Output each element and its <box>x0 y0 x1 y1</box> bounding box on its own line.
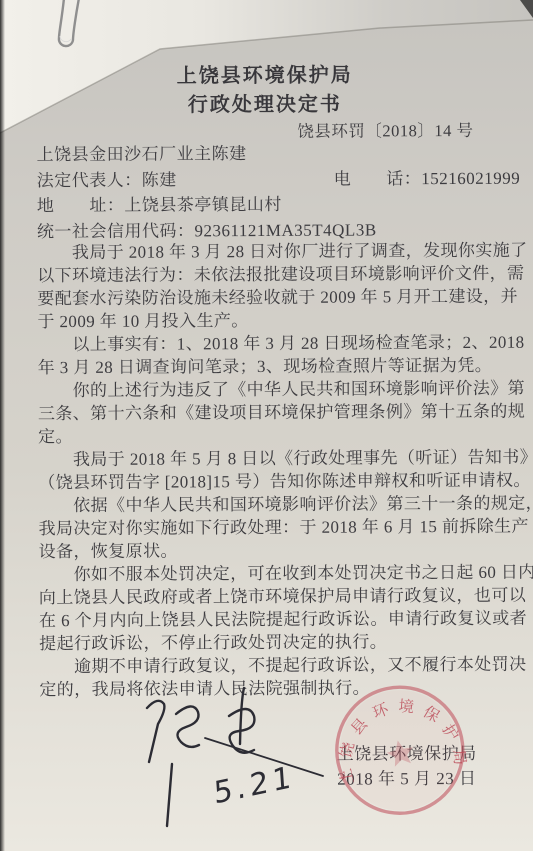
phone-value: 15216021999 <box>421 168 520 188</box>
credit-code-label: 统一社会信用代码： <box>37 221 195 241</box>
body-line: 提起行政诉讼，不停止行政处罚决定的执行。 <box>39 630 512 655</box>
address-line: 地 址：上饶县茶亭镇昆山村 <box>37 191 508 219</box>
body-line: 我局于 2018 年 5 月 8 日以《行政处理事先（听证）告知书》 <box>38 446 511 471</box>
body-line: 向上饶县人民政府或者上饶市环境保护局申请行政复议，也可以 <box>39 584 512 609</box>
body-line: 定。 <box>38 423 511 448</box>
document-body: 我局于 2018 年 3 月 28 日对你厂进行了调查，发现你实施了以下环境违法… <box>37 239 512 701</box>
body-line: 我局于 2018 年 3 月 28 日对你厂进行了调查，发现你实施了 <box>37 239 510 264</box>
body-line: 要配套水污染防治设施未经验收就于 2009 年 5 月开工建设，并 <box>37 285 510 310</box>
body-line: 年 3 月 28 日调查询问笔录；3、现场检查照片等证据为凭。 <box>38 354 511 379</box>
body-line: 以上事实有：1、2018 年 3 月 28 日现场检查笔录；2、2018 <box>38 331 511 356</box>
body-line: 你的上述行为违反了《中华人民共和国环境影响评价法》第 <box>38 377 511 402</box>
legal-rep-label: 法定代表人： <box>37 170 142 190</box>
title-line-1: 上饶县环境保护局 <box>0 61 531 93</box>
body-line: 在 6 个月内向上饶县人民法院提起行政诉讼。申请行政复议或者 <box>39 607 512 632</box>
address-value: 上饶县茶亭镇昆山村 <box>124 195 282 215</box>
body-line: 我局决定对你实施如下行政处理：于 2018 年 6 月 15 前拆除生产 <box>38 515 511 540</box>
recipient-line: 上饶县金田沙石厂业主陈建 <box>37 140 508 168</box>
body-line: 于 2009 年 10 月投入生产。 <box>37 308 510 333</box>
credit-code-value: 92361121MA35T4QL3B <box>194 220 376 240</box>
body-line: 你如不服本处罚决定，可在收到本处罚决定书之日起 60 日内 <box>39 561 512 586</box>
document-title: 上饶县环境保护局 行政处理决定书 <box>0 61 531 122</box>
phone-line: 电 话：15216021999 <box>334 165 521 191</box>
legal-rep-line: 法定代表人：陈建 电 话：15216021999 <box>37 165 508 193</box>
official-seal: 上饶县环境保护局 <box>312 662 490 840</box>
document-photo: 上饶县环境保护局 行政处理决定书 饶县环罚〔2018〕14 号 上饶县金田沙石厂… <box>0 0 533 851</box>
legal-rep-value: 陈建 <box>142 170 177 189</box>
phone-label: 电 话： <box>334 169 422 188</box>
body-line: 以下环境违法行为：未依法报批建设项目环境影响评价文件，需 <box>37 262 510 287</box>
info-block: 上饶县金田沙石厂业主陈建 法定代表人：陈建 电 话：15216021999 地 … <box>37 140 509 244</box>
photo-edge-shadow <box>0 0 5 851</box>
signature-handwriting <box>130 680 340 840</box>
address-label: 地 址： <box>37 196 125 215</box>
body-line: 三条、第十六条和《建设项目环境保护管理条例》第十五条的规 <box>38 400 511 425</box>
body-line: （饶县环罚告字 [2018]15 号）告知你陈述申辩权和听证申请权。 <box>38 469 511 494</box>
body-line: 依据《中华人民共和国环境影响评价法》第三十一条的规定， <box>38 492 511 517</box>
document-number: 饶县环罚〔2018〕14 号 <box>297 117 473 142</box>
body-line: 设备，恢复原状。 <box>39 538 512 563</box>
